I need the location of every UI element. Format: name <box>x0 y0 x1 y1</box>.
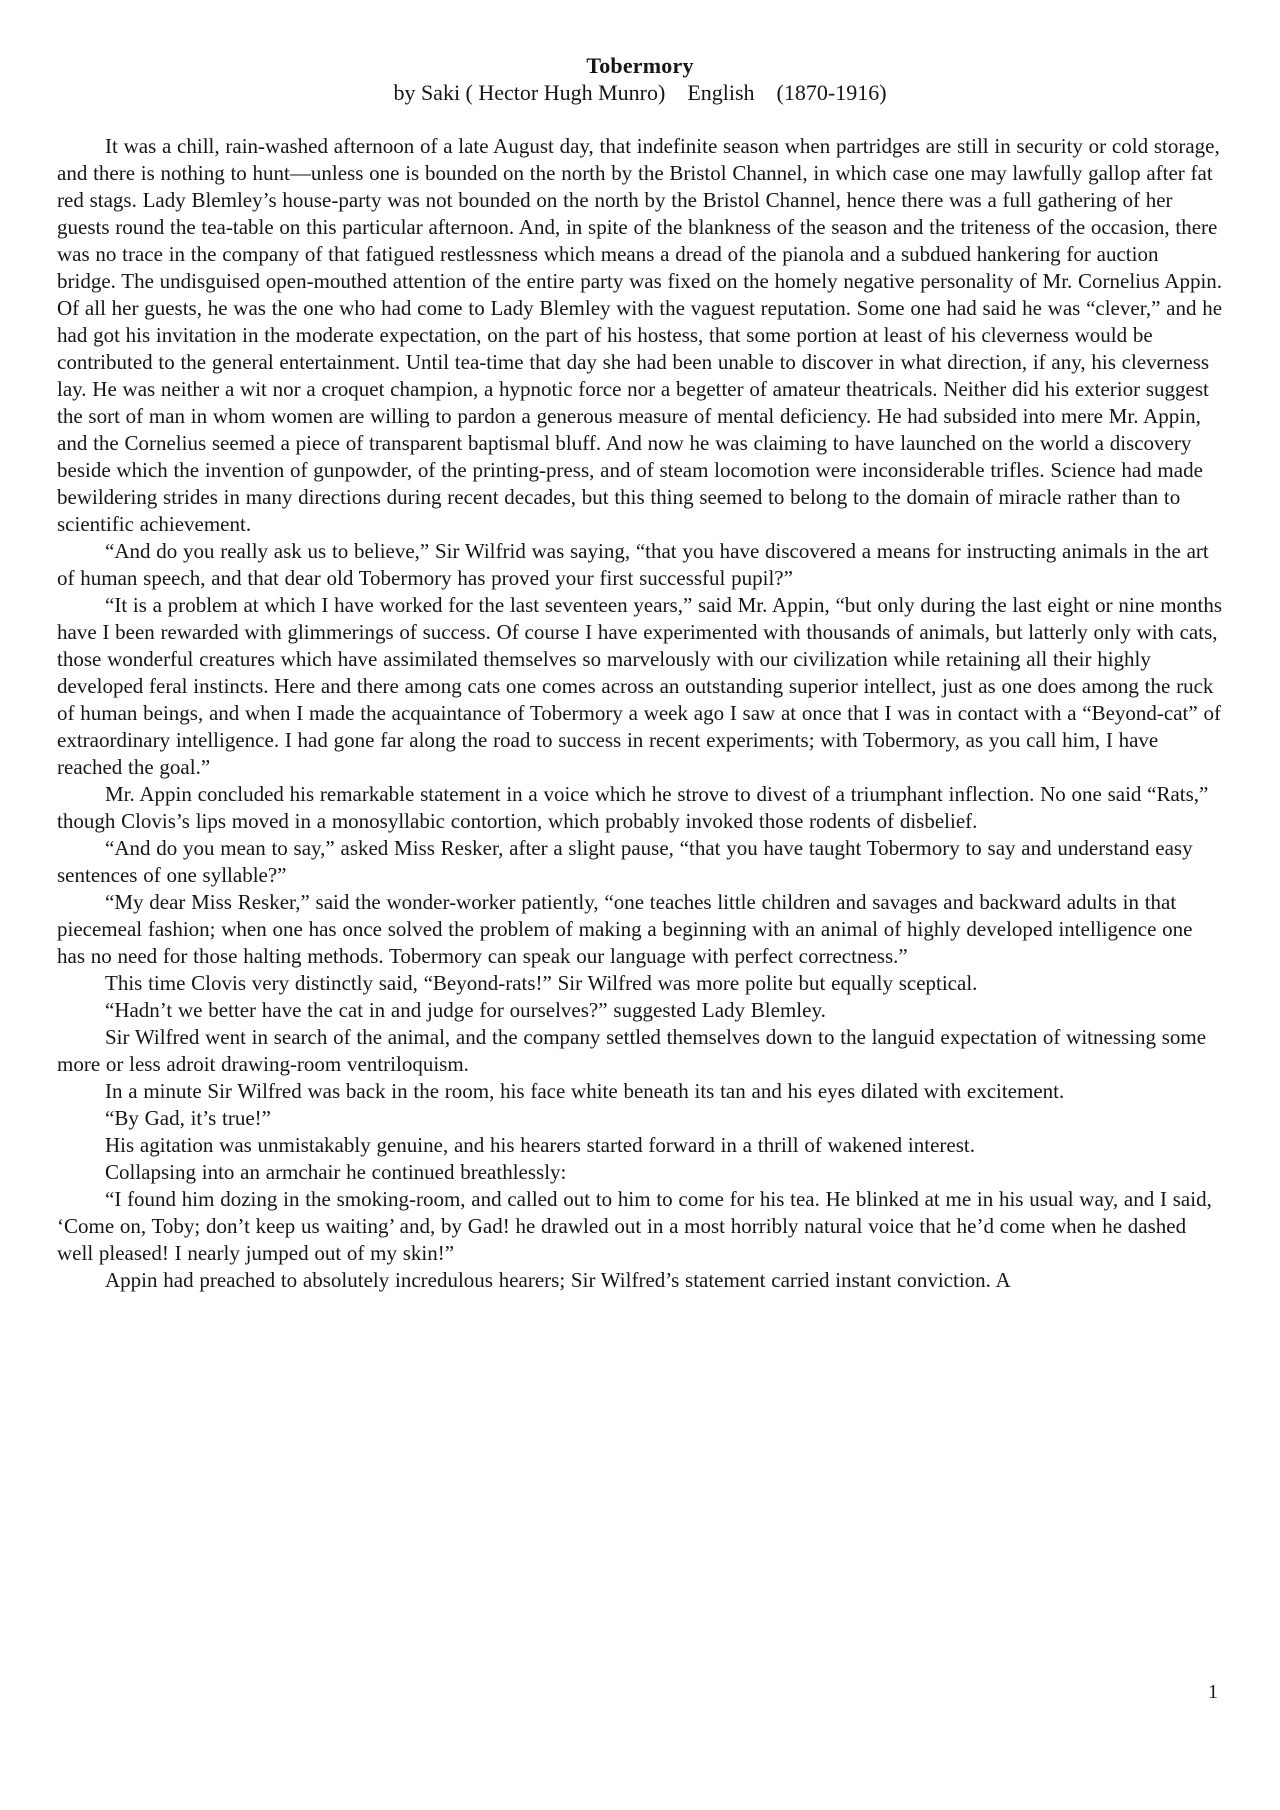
paragraph: “I found him dozing in the smoking-room,… <box>57 1186 1223 1267</box>
paragraph: “My dear Miss Resker,” said the wonder-w… <box>57 889 1223 970</box>
document-content: Tobermory by Saki ( Hector Hugh Munro) E… <box>0 0 1280 1294</box>
page-title: Tobermory <box>57 52 1223 79</box>
paragraph: This time Clovis very distinctly said, “… <box>57 970 1223 997</box>
paragraph: Mr. Appin concluded his remarkable state… <box>57 781 1223 835</box>
document-body: It was a chill, rain-washed afternoon of… <box>57 133 1223 1294</box>
paragraph: “And do you mean to say,” asked Miss Res… <box>57 835 1223 889</box>
document-page: Tobermory by Saki ( Hector Hugh Munro) E… <box>0 0 1280 1810</box>
paragraph: In a minute Sir Wilfred was back in the … <box>57 1078 1223 1105</box>
paragraph: It was a chill, rain-washed afternoon of… <box>57 133 1223 538</box>
paragraph: Sir Wilfred went in search of the animal… <box>57 1024 1223 1078</box>
page-number: 1 <box>1208 1680 1218 1704</box>
paragraph: “Hadn’t we better have the cat in and ju… <box>57 997 1223 1024</box>
byline: by Saki ( Hector Hugh Munro) English (18… <box>57 79 1223 106</box>
paragraph: Collapsing into an armchair he continued… <box>57 1159 1223 1186</box>
paragraph: “It is a problem at which I have worked … <box>57 592 1223 781</box>
paragraph: “And do you really ask us to believe,” S… <box>57 538 1223 592</box>
paragraph: His agitation was unmistakably genuine, … <box>57 1132 1223 1159</box>
paragraph: “By Gad, it’s true!” <box>57 1105 1223 1132</box>
paragraph: Appin had preached to absolutely incredu… <box>57 1267 1223 1294</box>
